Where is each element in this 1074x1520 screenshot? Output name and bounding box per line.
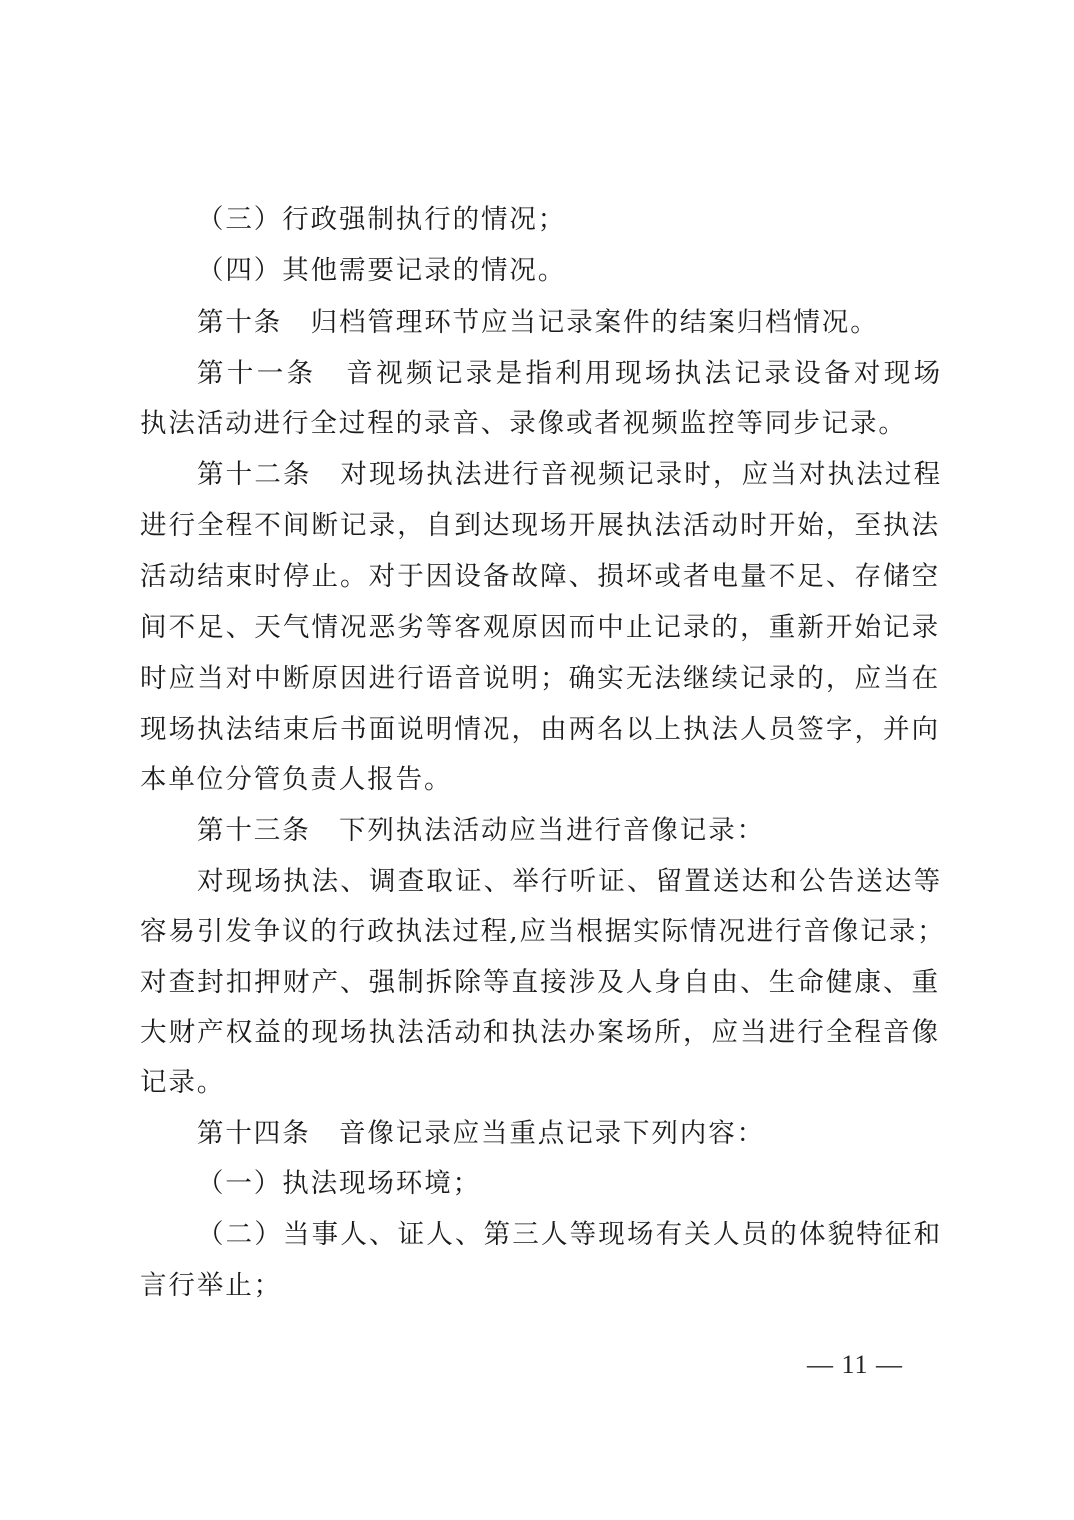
- document-line: （三）行政强制执行的情况；: [197, 200, 942, 240]
- document-line: 活动结束时停止。对于因设备故障、损坏或者电量不足、存储空: [140, 557, 940, 597]
- document-line: 第十四条 音像记录应当重点记录下列内容：: [197, 1114, 942, 1154]
- document-line: 现场执法结束后书面说明情况，由两名以上执法人员签字，并向: [140, 710, 940, 750]
- document-page: （三）行政强制执行的情况；（四）其他需要记录的情况。第十条 归档管理环节应当记录…: [0, 0, 1074, 1520]
- page-number: — 11 —: [800, 1350, 910, 1380]
- document-line: 记录。: [140, 1063, 940, 1103]
- document-line: （一）执法现场环境；: [197, 1164, 942, 1204]
- document-line: 第十三条 下列执法活动应当进行音像记录：: [197, 811, 942, 851]
- document-line: 时应当对中断原因进行语音说明；确实无法继续记录的，应当在: [140, 659, 940, 699]
- document-line: 对现场执法、调查取证、举行听证、留置送达和公告送达等: [197, 862, 942, 902]
- document-line: （四）其他需要记录的情况。: [197, 251, 942, 291]
- document-line: 言行举止；: [140, 1266, 940, 1306]
- document-line: 本单位分管负责人报告。: [140, 760, 940, 800]
- document-line: 对查封扣押财产、强制拆除等直接涉及人身自由、生命健康、重: [140, 963, 940, 1003]
- document-line: 进行全程不间断记录，自到达现场开展执法活动时开始，至执法: [140, 506, 940, 546]
- document-line: 间不足、天气情况恶劣等客观原因而中止记录的，重新开始记录: [140, 608, 940, 648]
- document-line: 容易引发争议的行政执法过程,应当根据实际情况进行音像记录；: [140, 912, 940, 952]
- document-line: 大财产权益的现场执法活动和执法办案场所，应当进行全程音像: [140, 1013, 940, 1053]
- document-line: （二）当事人、证人、第三人等现场有关人员的体貌特征和: [197, 1215, 942, 1255]
- document-line: 执法活动进行全过程的录音、录像或者视频监控等同步记录。: [140, 404, 940, 444]
- document-line: 第十条 归档管理环节应当记录案件的结案归档情况。: [197, 303, 942, 343]
- document-line: 第十二条 对现场执法进行音视频记录时，应当对执法过程: [197, 455, 942, 495]
- document-line: 第十一条 音视频记录是指利用现场执法记录设备对现场: [197, 354, 942, 394]
